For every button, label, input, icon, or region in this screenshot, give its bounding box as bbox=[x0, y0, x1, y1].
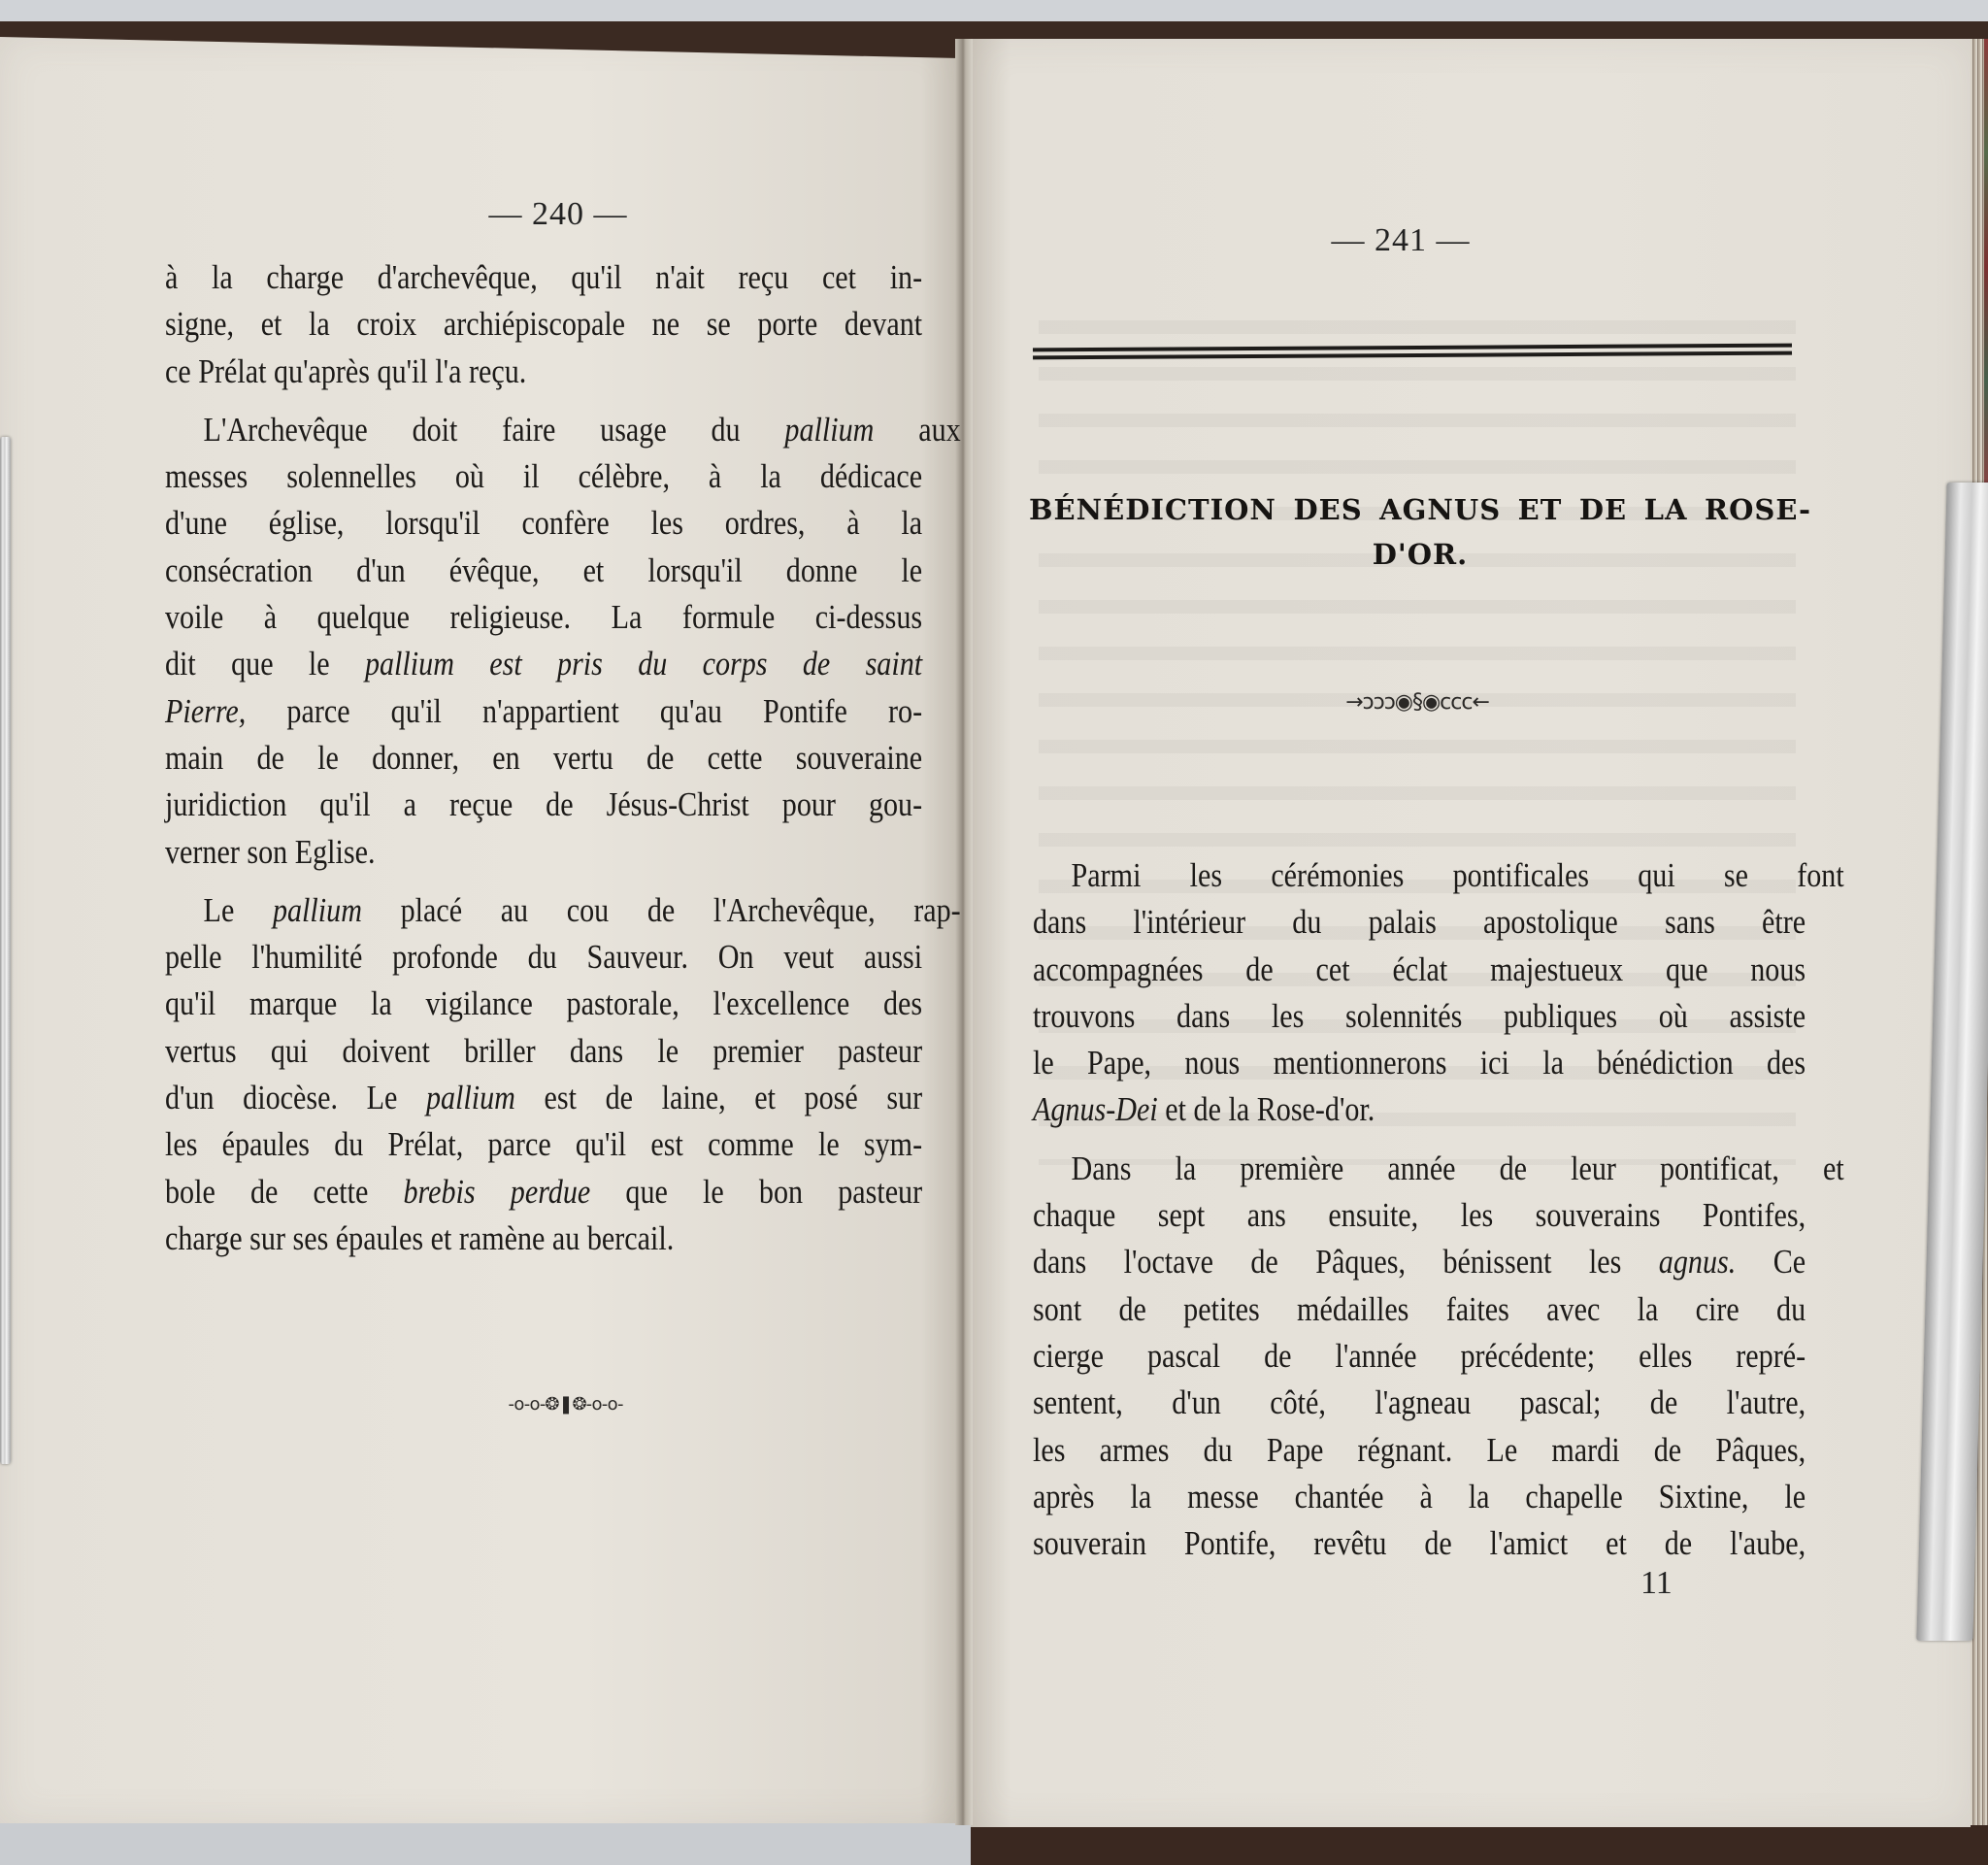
marbled-edge bbox=[1984, 39, 1988, 495]
text-line: d'une église, lorsqu'il confère les ordr… bbox=[165, 500, 922, 547]
text-line: dit que le pallium est pris du corps de … bbox=[165, 641, 922, 687]
text-line: messes solennelles où il célèbre, à la d… bbox=[165, 453, 922, 500]
text-line: accompagnées de cet éclat majestueux que… bbox=[1033, 947, 1806, 993]
heading-line-1: BÉNÉDICTION DES AGNUS ET DE LA ROSE- bbox=[1029, 487, 1811, 532]
text-line: trouvons dans les solennités publiques o… bbox=[1033, 993, 1806, 1040]
text-line: les armes du Pape régnant. Le mardi de P… bbox=[1033, 1427, 1806, 1474]
text-line: juridiction qu'il a reçue de Jésus-Chris… bbox=[165, 782, 922, 828]
text-line: Agnus-Dei et de la Rose-d'or. bbox=[1033, 1086, 1806, 1133]
text-line: Parmi les cérémonies pontificales qui se… bbox=[1033, 852, 1844, 899]
text-line: bole de cette brebis perdue que le bon p… bbox=[165, 1169, 922, 1216]
text-line: charge sur ses épaules et ramène au berc… bbox=[165, 1216, 922, 1262]
text-line: cierge pascal de l'année précédente; ell… bbox=[1033, 1333, 1806, 1380]
text-line: main de le donner, en vertu de cette sou… bbox=[165, 735, 922, 782]
text-line: qu'il marque la vigilance pastorale, l'e… bbox=[165, 981, 922, 1027]
page-number-left: — 240 — bbox=[413, 196, 704, 233]
left-page-body-text: à la charge d'archevêque, qu'il n'ait re… bbox=[165, 254, 922, 1262]
page-number-right: — 241 — bbox=[1255, 222, 1546, 259]
chapter-heading: BÉNÉDICTION DES AGNUS ET DE LA ROSE- D'O… bbox=[1029, 487, 1811, 577]
text-line: sont de petites médailles faites avec la… bbox=[1033, 1286, 1806, 1333]
text-line: Le pallium placé au cou de l'Archevêque,… bbox=[165, 887, 961, 934]
text-line: verner son Eglise. bbox=[165, 829, 922, 876]
text-line: vertus qui doivent briller dans le premi… bbox=[165, 1028, 922, 1075]
text-line: souverain Pontife, revêtu de l'amict et … bbox=[1033, 1520, 1806, 1567]
book-cover-bottom-edge bbox=[971, 1825, 1988, 1865]
heading-line-2: D'OR. bbox=[1029, 532, 1811, 577]
text-line: pelle l'humilité profonde du Sauveur. On… bbox=[165, 934, 922, 981]
text-line: ce Prélat qu'après qu'il l'a reçu. bbox=[165, 349, 922, 395]
text-line: L'Archevêque doit faire usage du pallium… bbox=[165, 407, 961, 453]
text-line: dans l'octave de Pâques, bénissent les a… bbox=[1033, 1239, 1806, 1285]
text-line: sentent, d'un côté, l'agneau pascal; de … bbox=[1033, 1380, 1806, 1426]
text-line: à la charge d'archevêque, qu'il n'ait re… bbox=[165, 254, 922, 301]
heading-ornament-icon: →ↄↄↄ◉§◉ϲϲϲ← bbox=[1301, 690, 1534, 715]
text-line: signe, et la croix archiépiscopale ne se… bbox=[165, 301, 922, 348]
text-line: après la messe chantée à la chapelle Six… bbox=[1033, 1474, 1806, 1520]
right-page-body-text: Parmi les cérémonies pontificales qui se… bbox=[1033, 852, 1806, 1567]
text-line: le Pape, nous mentionnerons ici la bénéd… bbox=[1033, 1040, 1806, 1086]
text-line: Dans la première année de leur pontifica… bbox=[1033, 1146, 1844, 1192]
end-ornament-icon: -o-o-❂❚❂-o-o- bbox=[480, 1394, 650, 1415]
text-line: d'un diocèse. Le pallium est de laine, e… bbox=[165, 1075, 922, 1121]
text-line: chaque sept ans ensuite, les souverains … bbox=[1033, 1192, 1806, 1239]
text-line: consécration d'un évêque, et lorsqu'il d… bbox=[165, 548, 922, 594]
page-clip-left bbox=[0, 437, 11, 1464]
signature-mark: 11 bbox=[1640, 1565, 1673, 1602]
text-line: dans l'intérieur du palais apostolique s… bbox=[1033, 899, 1806, 946]
text-line: les épaules du Prélat, parce qu'il est c… bbox=[165, 1121, 922, 1168]
text-line: voile à quelque religieuse. La formule c… bbox=[165, 594, 922, 641]
text-line: Pierre, parce qu'il n'appartient qu'au P… bbox=[165, 688, 922, 735]
